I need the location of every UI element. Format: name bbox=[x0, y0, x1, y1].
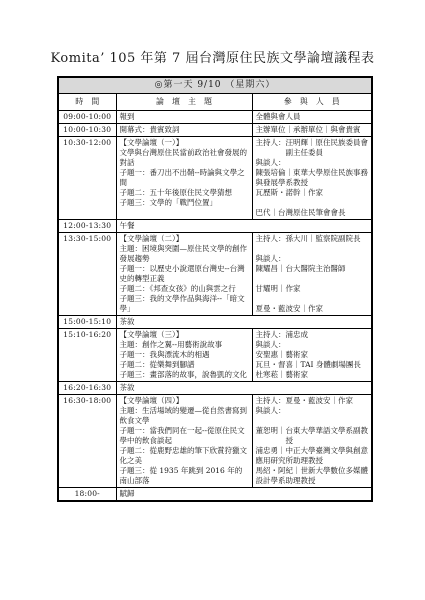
participants-cell: 主持人：夏曼・藍波安｜作家 與談人： 董恕明｜台東大學華語文學系副教 授 浦忠勇… bbox=[252, 395, 372, 488]
time-cell: 10:30-12:00 bbox=[58, 137, 116, 220]
column-header-time: 時 間 bbox=[58, 94, 116, 111]
topic-cell: 茶敘 bbox=[116, 382, 372, 395]
topic-cell: 午餐 bbox=[116, 220, 372, 233]
document-title: Komita’ 105 年第 7 屆台灣原住民族文學論壇議程表 bbox=[0, 0, 425, 66]
schedule-row: 15:10-16:20 【文學論壇（三）】 主題：創作之翼--用藝術說故事 子題… bbox=[58, 329, 372, 382]
topic-cell: 茶敘 bbox=[116, 316, 372, 329]
topic-cell: 【文學論壇（一）】 文學與台灣原住民當前政治社會發展的對話 子題一：番刀出不出鞘… bbox=[116, 137, 252, 220]
schedule-table: ◎第一天 9/10 （星期六） 時 間 論 壇 主 題 參 與 人 員 09:0… bbox=[57, 76, 373, 502]
day-header: ◎第一天 9/10 （星期六） bbox=[58, 77, 372, 94]
participants-cell: 全體與會人員 bbox=[252, 111, 372, 124]
time-cell: 16:20-16:30 bbox=[58, 382, 116, 395]
topic-cell: 【文學論壇（三）】 主題：創作之翼--用藝術說故事 子題一：我與漂流木的相遇 子… bbox=[116, 329, 252, 382]
time-cell: 18:00- bbox=[58, 488, 116, 502]
participants-cell: 主辦單位｜承辦單位｜與會貴賓 bbox=[252, 124, 372, 137]
schedule-row: 13:30-15:00 【文學論壇（二）】 主題：困境與突圍—原住民文學的創作發… bbox=[58, 233, 372, 316]
time-cell: 15:00-15:10 bbox=[58, 316, 116, 329]
schedule-row: 10:00-10:30 開幕式：貴賓致詞 主辦單位｜承辦單位｜與會貴賓 bbox=[58, 124, 372, 137]
time-cell: 12:00-13:30 bbox=[58, 220, 116, 233]
topic-cell: 報到 bbox=[116, 111, 252, 124]
topic-cell: 賦歸 bbox=[116, 488, 372, 502]
participants-cell: 主持人：孫大川｜監察院副院長 與談人： 陳耀昌｜台大醫院主治醫師 甘耀明｜作家 … bbox=[252, 233, 372, 316]
schedule-row-break: 18:00- 賦歸 bbox=[58, 488, 372, 502]
day-header-row: ◎第一天 9/10 （星期六） bbox=[58, 77, 372, 94]
topic-cell: 【文學論壇（二）】 主題：困境與突圍—原住民文學的創作發展趨勢 子題一：以歷史小… bbox=[116, 233, 252, 316]
schedule-row: 16:30-18:00 【文學論壇（四）】 主題：生活場域的變遷—從自然書寫到飲… bbox=[58, 395, 372, 488]
topic-cell: 【文學論壇（四）】 主題：生活場域的變遷—從自然書寫到飲食文學 子題一：當我們同… bbox=[116, 395, 252, 488]
document-page: Komita’ 105 年第 7 屆台灣原住民族文學論壇議程表 ◎第一天 9/1… bbox=[0, 0, 425, 600]
schedule-row-break: 15:00-15:10 茶敘 bbox=[58, 316, 372, 329]
time-cell: 10:00-10:30 bbox=[58, 124, 116, 137]
time-cell: 16:30-18:00 bbox=[58, 395, 116, 488]
topic-cell: 開幕式：貴賓致詞 bbox=[116, 124, 252, 137]
schedule-row-break: 16:20-16:30 茶敘 bbox=[58, 382, 372, 395]
time-cell: 13:30-15:00 bbox=[58, 233, 116, 316]
column-header-participants: 參 與 人 員 bbox=[252, 94, 372, 111]
schedule-row: 09:00-10:00 報到 全體與會人員 bbox=[58, 111, 372, 124]
time-cell: 09:00-10:00 bbox=[58, 111, 116, 124]
column-header-row: 時 間 論 壇 主 題 參 與 人 員 bbox=[58, 94, 372, 111]
participants-cell: 主持人：浦忠成 與談人： 安聖惠｜藝術家 瓦旦・督喜｜TAI 身體劇場團長 杜寒… bbox=[252, 329, 372, 382]
schedule-row-break: 12:00-13:30 午餐 bbox=[58, 220, 372, 233]
column-header-topic: 論 壇 主 題 bbox=[116, 94, 252, 111]
time-cell: 15:10-16:20 bbox=[58, 329, 116, 382]
schedule-row: 10:30-12:00 【文學論壇（一）】 文學與台灣原住民當前政治社會發展的對… bbox=[58, 137, 372, 220]
participants-cell: 主持人：汪明輝｜原住民族委員會 副主任委員 與談人： 陳張培倫｜東華大學原住民族… bbox=[252, 137, 372, 220]
